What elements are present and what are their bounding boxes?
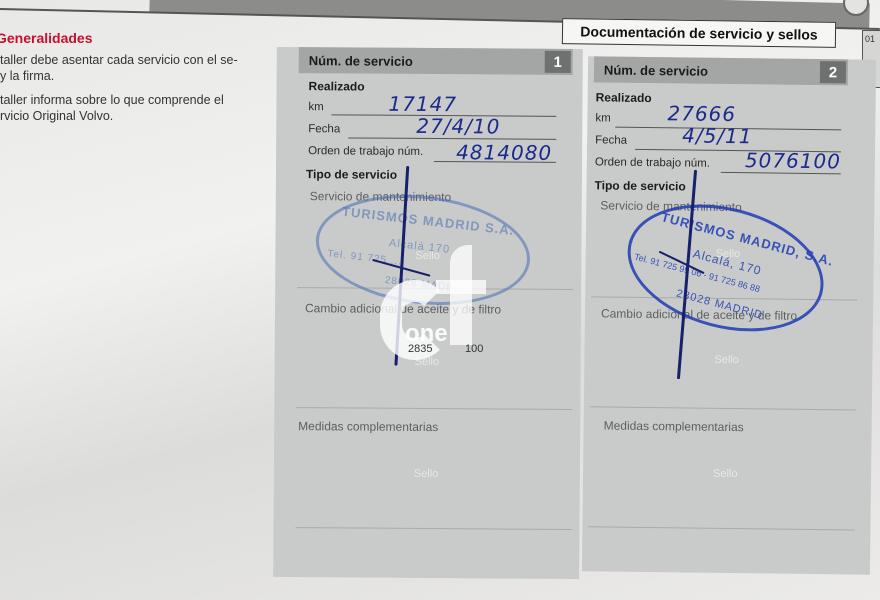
service-number-badge: 2: [820, 61, 846, 83]
section-divider: [296, 407, 572, 410]
section-divider: [588, 526, 854, 530]
km-label: km: [595, 112, 610, 124]
card-header-label: Núm. de servicio: [299, 53, 413, 69]
tipo-label: Tipo de servicio: [594, 178, 685, 193]
section-label-medidas: Medidas complementarias: [298, 419, 438, 434]
seal-placeholder: Sello: [414, 468, 439, 480]
orden-label: Orden de trabajo núm.: [595, 156, 710, 169]
card-header: Núm. de servicio 1: [299, 47, 573, 75]
section-divider: [295, 527, 571, 530]
km-value[interactable]: 17147: [388, 92, 457, 116]
stamp-line-2: Alcalá 170: [388, 237, 450, 256]
orden-label: Orden de trabajo núm.: [308, 145, 423, 158]
orden-value[interactable]: 5076100: [745, 148, 841, 173]
dealer-stamp: TURISMOS MADRID S.A. Alcalá 170 Tel. 91 …: [310, 184, 536, 315]
seal-placeholder: Sello: [415, 356, 440, 368]
service-card-2: Núm. de servicio 2 Realizado km 27666 Fe…: [582, 56, 876, 574]
card-header-label: Núm. de servicio: [594, 62, 708, 78]
km-label: km: [308, 101, 323, 113]
section-label-cambio: Cambio adicional de aceite y de filtro: [305, 301, 501, 316]
service-number-badge: 1: [545, 51, 571, 73]
card-header: Núm. de servicio 2: [594, 56, 848, 85]
stamp-line-4: 28028 MADRID: [675, 288, 764, 322]
section-label-medidas: Medidas complementarias: [604, 418, 744, 434]
intro-heading: Generalidades: [0, 30, 93, 46]
fecha-label: Fecha: [308, 123, 340, 135]
intro-paragraph-2: taller informa sobre lo que comprende el…: [0, 92, 290, 124]
fecha-label: Fecha: [595, 134, 627, 146]
stamp-line-1: TURISMOS MADRID S.A.: [341, 204, 515, 238]
orden-value[interactable]: 4814080: [456, 140, 552, 165]
fecha-value[interactable]: 4/5/11: [682, 123, 753, 148]
km-value[interactable]: 27666: [667, 101, 736, 126]
realizado-label: Realizado: [309, 79, 365, 93]
fecha-value[interactable]: 27/4/10: [416, 114, 500, 139]
seal-placeholder: Sello: [713, 468, 738, 480]
intro-paragraph-1: taller debe asentar cada servicio con el…: [0, 52, 290, 84]
stamp-line-4: 28028 MADRID: [384, 275, 467, 295]
page-title: Documentación de servicio y sellos: [562, 18, 836, 48]
seal-placeholder: Sello: [714, 354, 739, 366]
service-card-1: Núm. de servicio 1 Realizado km 17147 Fe…: [273, 47, 583, 579]
tipo-label: Tipo de servicio: [306, 167, 397, 182]
realizado-label: Realizado: [596, 90, 652, 105]
section-divider: [590, 406, 856, 410]
